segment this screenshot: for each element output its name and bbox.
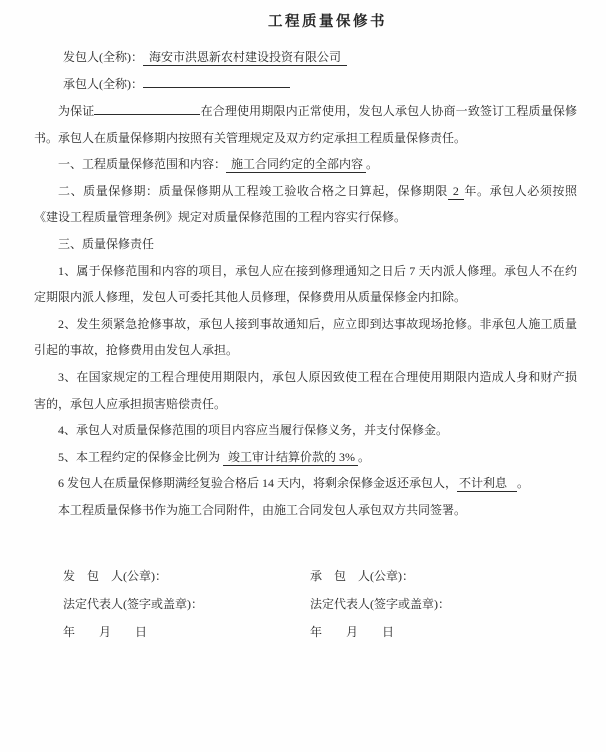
paragraph-item-4: 4、承包人对质量保修范围的项目内容应当履行保修义务，并支付保修金。 [34,417,577,444]
paragraph-scope: 一、工程质量保修范围和内容：施工合同约定的全部内容。 [34,151,577,178]
contractor-line: 承包人(全称)： [34,71,577,98]
paragraph-responsibility-heading: 三、质量保修责任 [34,231,577,258]
retention-ratio-pre: 5、本工程约定的保修金比例为 [58,450,220,464]
contractor-date-label: 年 月 日 [310,618,577,646]
cut-off-text-fragment [36,0,80,3]
scope-label: 一、工程质量保修范围和内容： [58,157,226,171]
employer-name-value: 海安市洪恩新农村建设投资有限公司 [143,50,347,66]
paragraph-item-5: 5、本工程约定的保修金比例为 竣工审计结算价款的 3%。 [34,444,577,471]
warranty-period-pre: 二、质量保修期：质量保修期从工程竣工验收合格之日算起，保修期限 [58,184,448,198]
scope-underlined-value: 施工合同约定的全部内容 [226,157,366,173]
contractor-label: 承包人(全称)： [63,77,143,91]
retention-ratio-value: 竣工审计结算价款的 3% [223,450,358,466]
employer-representative-label: 法定代表人(签字或盖章)： [34,590,310,618]
warranty-years-value: 2 [448,184,464,200]
employer-label: 发包人(全称)： [63,50,143,64]
paragraph-closing: 本工程质量保修书作为施工合同附件，由施工合同发包人承包双方共同签署。 [34,497,577,524]
retention-ratio-post: 。 [358,450,370,464]
warranty-document-page: 工程质量保修书 发包人(全称)：海安市洪恩新农村建设投资有限公司 承包人(全称)… [0,0,606,752]
paragraph-item-3: 3、在国家规定的工程合理使用期限内，承包人原因致使工程在合理使用期限内造成人身和… [34,364,577,417]
document-title: 工程质量保修书 [56,12,599,32]
signature-party-row: 发 包 人(公章)： 承 包 人(公章)： [34,562,577,590]
contractor-representative-label: 法定代表人(签字或盖章)： [310,590,577,618]
intro-text-pre: 为保证 [58,104,94,118]
employer-date-label: 年 月 日 [34,618,310,646]
signature-block: 发 包 人(公章)： 承 包 人(公章)： 法定代表人(签字或盖章)： 法定代表… [34,562,577,646]
employer-line: 发包人(全称)：海安市洪恩新农村建设投资有限公司 [34,44,577,71]
refund-terms-pre: 6 发包人在质量保修期满经复验合格后 14 天内，将剩余保修金返还承包人， [58,476,457,490]
paragraph-intro: 为保证在合理使用期限内正常使用，发包人承包人协商一致签订工程质量保修书。承包人在… [34,98,577,151]
employer-seal-label: 发 包 人(公章)： [34,562,310,590]
contractor-name-blank [143,74,290,88]
refund-terms-post: 。 [517,476,529,490]
paragraph-warranty-period: 二、质量保修期：质量保修期从工程竣工验收合格之日算起，保修期限2年。承包人必须按… [34,178,577,231]
paragraph-item-1: 1、属于保修范围和内容的项目，承包人应在接到修理通知之日后 7 天内派人修理。承… [34,258,577,311]
project-name-blank [94,101,200,115]
document-body: 工程质量保修书 发包人(全称)：海安市洪恩新农村建设投资有限公司 承包人(全称)… [0,0,606,646]
no-interest-value: 不计利息 [457,476,517,492]
scope-period-mark: 。 [366,157,378,171]
signature-representative-row: 法定代表人(签字或盖章)： 法定代表人(签字或盖章)： [34,590,577,618]
contractor-seal-label: 承 包 人(公章)： [310,562,577,590]
paragraph-item-2: 2、发生须紧急抢修事故，承包人接到事故通知后，应立即到达事故现场抢修。非承包人施… [34,311,577,364]
signature-date-row: 年 月 日 年 月 日 [34,618,577,646]
paragraph-item-6: 6 发包人在质量保修期满经复验合格后 14 天内，将剩余保修金返还承包人，不计利… [34,470,577,497]
